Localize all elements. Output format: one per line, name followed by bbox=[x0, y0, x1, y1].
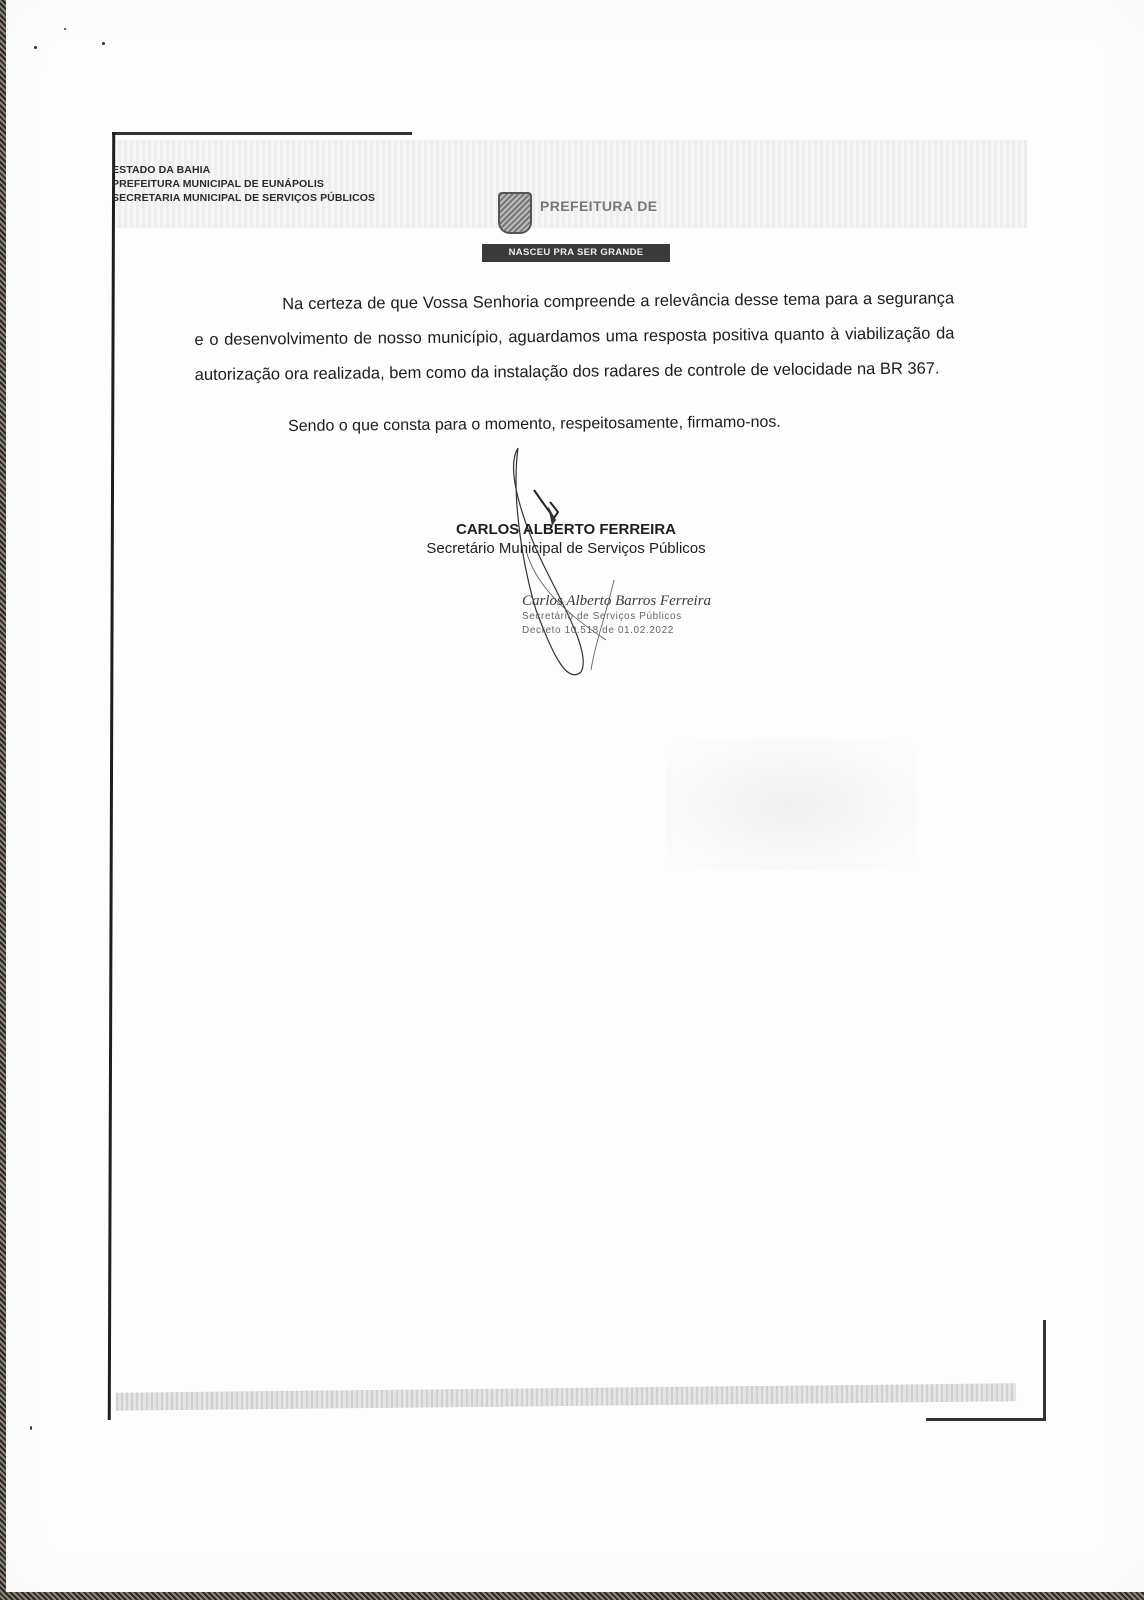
signer-name: CARLOS ALBERTO FERREIRA bbox=[386, 520, 746, 540]
paper-smudge bbox=[666, 740, 916, 870]
org-header: ESTADO DA BAHIA PREFEITURA MUNICIPAL DE … bbox=[112, 163, 375, 205]
frame-left-line bbox=[108, 132, 115, 1420]
signer-role: Secretário Municipal de Serviços Público… bbox=[386, 540, 746, 558]
logo-title: PREFEITURA DE bbox=[540, 198, 657, 214]
org-line-state: ESTADO DA BAHIA bbox=[112, 163, 375, 177]
frame-bottom-line bbox=[926, 1418, 1046, 1421]
footer-band bbox=[116, 1383, 1016, 1410]
stamp-title: Secretário de Serviços Públicos bbox=[522, 610, 711, 624]
letter-body: Na certeza de que Vossa Senhoria compree… bbox=[194, 281, 955, 393]
org-line-secretariat: SECRETARIA MUNICIPAL DE SERVIÇOS PÚBLICO… bbox=[112, 191, 375, 205]
frame-right-line bbox=[1043, 1320, 1046, 1420]
stamp-decree: Decreto 10.518 de 01.02.2022 bbox=[522, 624, 711, 638]
signer-block: CARLOS ALBERTO FERREIRA Secretário Munic… bbox=[386, 520, 746, 558]
frame-top-line bbox=[112, 132, 412, 135]
org-line-prefecture: PREFEITURA MUNICIPAL DE EUNÁPOLIS bbox=[112, 177, 375, 191]
logo-slogan: NASCEU PRA SER GRANDE bbox=[482, 244, 670, 262]
handwritten-signature bbox=[496, 440, 636, 680]
city-crest-icon bbox=[498, 192, 532, 234]
stamp-name: Carlos Alberto Barros Ferreira bbox=[522, 592, 711, 610]
body-paragraph: Na certeza de que Vossa Senhoria compree… bbox=[194, 281, 955, 393]
document-page: ESTADO DA BAHIA PREFEITURA MUNICIPAL DE … bbox=[6, 0, 1144, 1592]
official-stamp: Carlos Alberto Barros Ferreira Secretári… bbox=[522, 592, 711, 638]
prefecture-logo: PREFEITURA DE NASCEU PRA SER GRANDE bbox=[482, 186, 670, 266]
closing-line: Sendo o que consta para o momento, respe… bbox=[288, 414, 781, 436]
